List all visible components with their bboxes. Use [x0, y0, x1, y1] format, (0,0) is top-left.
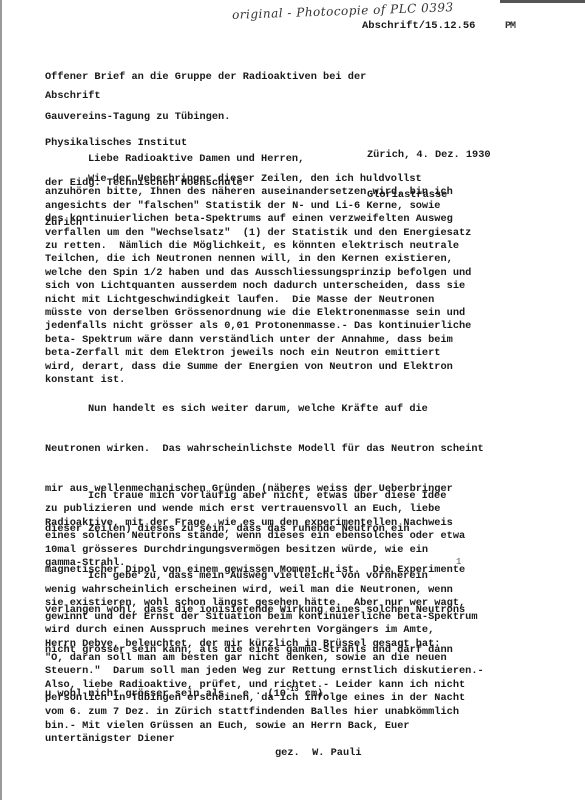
- scan-top-edge: [500, 0, 585, 3]
- text-line: zu retten. Nämlich die Möglichkeit, es k…: [45, 240, 471, 253]
- text-line: jedenfalls nicht grösser als 0,01 Proton…: [45, 320, 471, 333]
- text-line: Ich gebe zu, dass mein Ausweg vielleicht…: [45, 570, 484, 584]
- salutation: Liebe Radioaktive Damen und Herren,: [88, 153, 304, 166]
- text-line: anzuhören bitte, Ihnen des näheren ausei…: [45, 186, 471, 199]
- text-line: verfallen um den "Wechselsatz" (1) der S…: [45, 227, 471, 240]
- text-line: eines solchen Neutrons stände, wenn dies…: [45, 530, 465, 543]
- text-line: 10mal grösseres Durchdringungsvermögen b…: [45, 544, 465, 557]
- paragraph-1: Wie der Ueberbringer dieser Zeilen, den …: [45, 173, 471, 388]
- text-line: des kontinuierlichen beta-Spektrums auf …: [45, 213, 471, 226]
- page-left-edge: [0, 0, 2, 800]
- text-line: personlich in Tübingen erscheinen, da ic…: [45, 692, 484, 706]
- text-line: Nun handelt es sich weiter darum, welche…: [45, 403, 484, 416]
- text-line: wird, derart, dass die Summe der Energie…: [45, 361, 471, 374]
- text-line: Steuern." Darum soll man jeden Weg zur R…: [45, 665, 484, 679]
- text-line: wenig wahrscheinlich erscheinen wird, we…: [45, 584, 484, 598]
- sender-line: Physikalisches Institut: [45, 137, 243, 150]
- text-line: untertänigster Diener: [45, 733, 484, 747]
- text-line: sich von Lichtquanten ausserdem noch dad…: [45, 280, 471, 293]
- text-line: wird durch einen Ausspruch meines verehr…: [45, 624, 484, 638]
- text-line: angesichts der "falschen" Statistik der …: [45, 200, 471, 213]
- copy-date-mark: Abschrift/15.12.56: [362, 20, 475, 32]
- paragraph-3: Ich traue mich vorläufig aber nicht, etw…: [45, 490, 465, 570]
- date-line: Zürich, 4. Dez. 1930: [367, 149, 491, 162]
- text-line: Also, liebe Radioaktive, prüfet, und ric…: [45, 679, 484, 693]
- text-line: zu publizieren und wende mich erst vertr…: [45, 503, 465, 516]
- initials-stamp: PM: [505, 21, 515, 32]
- text-line: Wie der Ueberbringer dieser Zeilen, den …: [45, 173, 471, 186]
- text-line: Radioaktive, mit der Frage, wie es um de…: [45, 517, 465, 530]
- signature: gez. W. Pauli: [275, 747, 362, 760]
- handwritten-annotation: original - Photocopie of PLC 0393: [232, 0, 454, 22]
- text-line: gewinnt und der Ernst der Situation beim…: [45, 611, 484, 625]
- text-line: Herrn Debye, beleuchtet, der mir kürzlic…: [45, 638, 484, 652]
- abschrift-label: Abschrift: [45, 90, 101, 103]
- text-line: Ich traue mich vorläufig aber nicht, etw…: [45, 490, 465, 503]
- text-line: gamma-Strahl.: [45, 557, 465, 570]
- text-line: Teilchen, die ich Neutronen nennen will,…: [45, 253, 471, 266]
- text-line: bin.- Mit vielen Grüssen an Euch, sowie …: [45, 720, 484, 734]
- text-line: sie existieren, wohl schon längst gesehe…: [45, 597, 484, 611]
- text-line: beta-Zerfall mit dem Elektron jeweils no…: [45, 347, 471, 360]
- text-line: "O, daran soll man am besten gar nicht d…: [45, 652, 484, 666]
- heading-line: Offener Brief an die Gruppe der Radioakt…: [45, 71, 366, 84]
- margin-mark: 1: [456, 557, 461, 567]
- text-line: beta- Spektrum wäre dann verständlich un…: [45, 334, 471, 347]
- paragraph-4: Ich gebe zu, dass mein Ausweg vielleicht…: [45, 570, 484, 747]
- text-line: welche den Spin 1/2 haben und das Aussch…: [45, 267, 471, 280]
- text-line: müsste von derselben Grössenordnung wie …: [45, 307, 471, 320]
- text-line: nicht mit Lichtgeschwindigkeit laufen. D…: [45, 294, 471, 307]
- text-line: vom 6. zum 7 Dez. in Zürich stattfindend…: [45, 706, 484, 720]
- text-line: Neutronen wirken. Das wahrscheinlichste …: [45, 443, 484, 456]
